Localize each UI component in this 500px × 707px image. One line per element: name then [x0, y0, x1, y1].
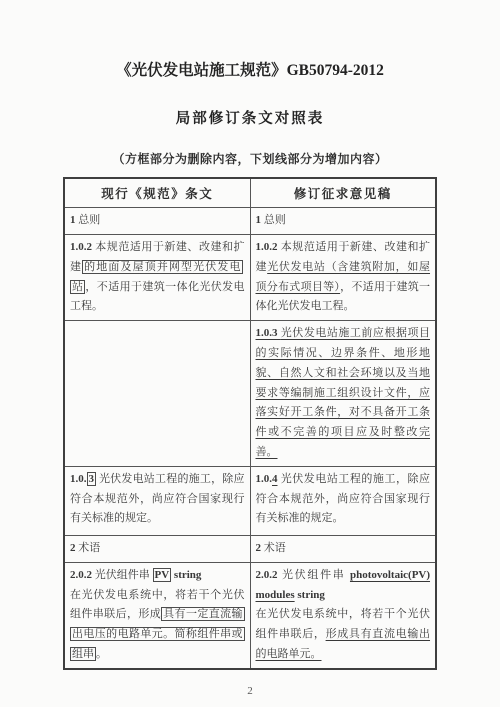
comparison-table: 现行《规范》条文 修订征求意见稿 1 总则1 总则1.0.2 本规范适用于新建、…	[63, 177, 437, 670]
table-row: 2 术语2 术语	[64, 535, 436, 562]
text-segment: ，不适用于建筑一体化光伏发电工程。	[70, 281, 245, 313]
paragraph: 2.0.2 光伏组件串 photovoltaic(PV) modules str…	[256, 566, 431, 606]
text-segment: 术语	[261, 542, 286, 554]
table-header-row: 现行《规范》条文 修订征求意见稿	[64, 178, 436, 208]
document-subtitle: 局部修订条文对照表	[0, 107, 500, 128]
text-segment: string	[295, 589, 325, 601]
table-header: 现行《规范》条文 修订征求意见稿	[64, 178, 436, 208]
table-body: 1 总则1 总则1.0.2 本规范适用于新建、改建和扩建的地面及屋顶并网型光伏发…	[64, 208, 436, 669]
paragraph: 1.0.2 本规范适用于新建、改建和扩建的地面及屋顶并网型光伏发电站，不适用于建…	[70, 238, 245, 317]
text-segment: 总则	[76, 214, 101, 226]
table-cell-right: 2.0.2 光伏组件串 photovoltaic(PV) modules str…	[250, 562, 436, 668]
text-segment: 1.0.	[256, 473, 273, 485]
document-page: 《光伏发电站施工规范》GB50794-2012 局部修订条文对照表 （方框部分为…	[0, 0, 500, 707]
paragraph: 2 术语	[256, 539, 431, 559]
table-cell-left: 2.0.2 光伏组件串 PV string在光伏发电系统中，将若干个光伏组件串联…	[64, 562, 250, 668]
paragraph: 1.0.2 本规范适用于新建、改建和扩建光伏发电站（含建筑附加，如屋顶分布式项目…	[256, 238, 431, 317]
table-cell-left: 1.0.3 光伏发电站工程的施工，除应符合本规范外，尚应符合国家现行有关标准的规…	[64, 466, 250, 535]
table-row: 2.0.2 光伏组件串 PV string在光伏发电系统中，将若干个光伏组件串联…	[64, 562, 436, 668]
page-number: 2	[0, 685, 500, 697]
paragraph: 2 术语	[70, 539, 245, 559]
table-row: 1.0.3 光伏发电站施工前应根据项目的实际情况、边界条件、地形地貌、自然人文和…	[64, 321, 436, 467]
paragraph: 1 总则	[256, 211, 431, 231]
table-cell-right: 1.0.2 本规范适用于新建、改建和扩建光伏发电站（含建筑附加，如屋顶分布式项目…	[250, 235, 436, 321]
added-text: 光伏发电站施工前应根据项目的实际情况、边界条件、地形地貌、自然人文和社会环境以及…	[256, 327, 431, 458]
paragraph: 在光伏发电系统中，将若干个光伏组件串联后，形成具有直流电输出的电路单元。	[256, 605, 431, 664]
table-cell-left: 2 术语	[64, 535, 250, 562]
paragraph: 1 总则	[70, 211, 245, 231]
text-segment: 。	[96, 648, 107, 660]
text-segment: 光伏发电站工程的施工，除应符合本规范外，尚应符合国家现行有关标准的规定。	[256, 473, 431, 525]
deleted-text: PV	[153, 568, 172, 582]
text-segment: 1.0.	[70, 473, 87, 485]
text-segment: 术语	[76, 542, 101, 554]
table-cell-left: 1 总则	[64, 208, 250, 235]
table-row: 1 总则1 总则	[64, 208, 436, 235]
paragraph: 2.0.2 光伏组件串 PV string	[70, 566, 245, 586]
table-row: 1.0.2 本规范适用于新建、改建和扩建的地面及屋顶并网型光伏发电站，不适用于建…	[64, 235, 436, 321]
table-cell-left	[64, 321, 250, 467]
text-segment: 2.0.2	[256, 569, 282, 581]
paragraph: 在光伏发电系统中，将若干个光伏组件串联后，形成具有一定直流输出电压的电路单元。简…	[70, 586, 245, 665]
added-text: 1.0.3	[256, 327, 281, 339]
text-segment: string	[171, 569, 201, 581]
table-cell-right: 1.0.4 光伏发电站工程的施工，除应符合本规范外，尚应符合国家现行有关标准的规…	[250, 466, 436, 535]
text-segment: 光伏组件串	[282, 569, 350, 581]
text-segment: 1.0.2	[70, 241, 95, 253]
paragraph: 1.0.3 光伏发电站工程的施工，除应符合本规范外，尚应符合国家现行有关标准的规…	[70, 470, 245, 529]
table-cell-right: 1.0.3 光伏发电站施工前应根据项目的实际情况、边界条件、地形地貌、自然人文和…	[250, 321, 436, 467]
table-cell-right: 1 总则	[250, 208, 436, 235]
table-cell-right: 2 术语	[250, 535, 436, 562]
deleted-text: 3	[87, 472, 97, 486]
column-header-revision-draft: 修订征求意见稿	[250, 178, 436, 208]
column-header-current-code: 现行《规范》条文	[64, 178, 250, 208]
table-cell-left: 1.0.2 本规范适用于新建、改建和扩建的地面及屋顶并网型光伏发电站，不适用于建…	[64, 235, 250, 321]
table-row: 1.0.3 光伏发电站工程的施工，除应符合本规范外，尚应符合国家现行有关标准的规…	[64, 466, 436, 535]
document-title: 《光伏发电站施工规范》GB50794-2012	[0, 58, 500, 80]
text-segment: 光伏组件串	[95, 569, 153, 581]
legend-note: （方框部分为删除内容，下划线部分为增加内容）	[0, 150, 500, 167]
paragraph: 1.0.4 光伏发电站工程的施工，除应符合本规范外，尚应符合国家现行有关标准的规…	[256, 470, 431, 529]
text-segment: 总则	[261, 214, 286, 226]
text-segment: 2.0.2	[70, 569, 95, 581]
text-segment: 1.0.2	[256, 241, 281, 253]
paragraph: 1.0.3 光伏发电站施工前应根据项目的实际情况、边界条件、地形地貌、自然人文和…	[256, 324, 431, 463]
text-segment: 光伏发电站工程的施工，除应符合本规范外，尚应符合国家现行有关标准的规定。	[70, 473, 245, 525]
